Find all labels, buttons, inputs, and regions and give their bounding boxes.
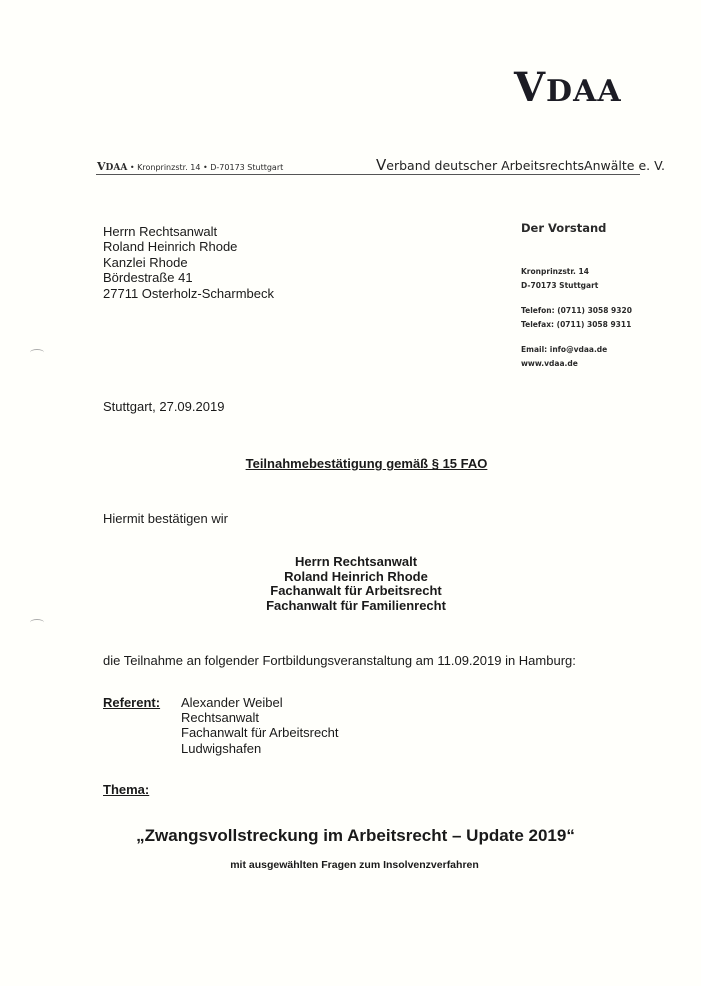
sender-org-abbr: VDAA	[97, 163, 127, 173]
participant-line: Fachanwalt für Arbeitsrecht	[206, 584, 506, 599]
subject-text: Teilnahmebestätigung gemäß § 15 FAO	[246, 456, 488, 471]
participant-block: Herrn Rechtsanwalt Roland Heinrich Rhode…	[206, 555, 506, 613]
referent-line: Rechtsanwalt	[181, 710, 339, 725]
address-line: Herrn Rechtsanwalt	[103, 224, 274, 239]
thema-label: Thema:	[103, 782, 149, 797]
topic-title-text: „Zwangsvollstreckung im Arbeitsrecht – U…	[136, 826, 575, 845]
org-name-initial: V	[376, 156, 386, 174]
contact-sidebar: Der Vorstand Kronprinzstr. 14 D-70173 St…	[521, 221, 632, 370]
logo-rest: DAA	[546, 74, 622, 109]
address-line: Bördestraße 41	[103, 270, 274, 285]
topic-subtitle: mit ausgewählten Fragen zum Insolvenzver…	[0, 859, 701, 871]
address-line: 27711 Osterholz-Scharmbeck	[103, 286, 274, 301]
referent-label: Referent:	[103, 695, 160, 710]
intro-text: Hiermit bestätigen wir	[103, 511, 228, 526]
punch-hole-mark	[30, 349, 44, 356]
sidebar-city: D-70173 Stuttgart	[521, 279, 632, 293]
sender-address: • Kronprinzstr. 14 • D-70173 Stuttgart	[127, 163, 283, 172]
address-line: Kanzlei Rhode	[103, 255, 274, 270]
sender-line: VDAA • Kronprinzstr. 14 • D-70173 Stuttg…	[97, 160, 283, 173]
sender-org-rest: DAA	[106, 163, 128, 173]
organization-name: Verband deutscher ArbeitsrechtsAnwälte e…	[376, 156, 665, 174]
punch-hole-mark	[30, 619, 44, 626]
address-line: Roland Heinrich Rhode	[103, 239, 274, 254]
participant-line: Fachanwalt für Familienrecht	[206, 599, 506, 614]
org-name-rest: erband deutscher ArbeitsrechtsAnwälte e.…	[386, 158, 665, 173]
referent-details: Alexander Weibel Rechtsanwalt Fachanwalt…	[181, 695, 339, 756]
topic-title: „Zwangsvollstreckung im Arbeitsrecht – U…	[0, 826, 701, 846]
participant-line: Herrn Rechtsanwalt	[206, 555, 506, 570]
logo-initial: V	[514, 64, 546, 111]
referent-line: Alexander Weibel	[181, 695, 339, 710]
sidebar-fax: Telefax: (0711) 3058 9311	[521, 318, 632, 332]
sidebar-website: www.vdaa.de	[521, 357, 632, 371]
recipient-address: Herrn Rechtsanwalt Roland Heinrich Rhode…	[103, 224, 274, 301]
referent-line: Fachanwalt für Arbeitsrecht	[181, 725, 339, 740]
participation-text: die Teilnahme an folgender Fortbildungsv…	[103, 653, 576, 668]
sidebar-email: Email: info@vdaa.de	[521, 343, 632, 357]
subject-line: Teilnahmebestätigung gemäß § 15 FAO	[0, 456, 701, 471]
header-divider	[96, 174, 640, 175]
sidebar-title: Der Vorstand	[521, 221, 632, 235]
participant-line: Roland Heinrich Rhode	[206, 570, 506, 585]
referent-line: Ludwigshafen	[181, 741, 339, 756]
sender-org-initial: V	[97, 160, 106, 173]
vdaa-logo: VDAA	[514, 64, 622, 111]
topic-subtitle-text: mit ausgewählten Fragen zum Insolvenzver…	[230, 859, 479, 871]
sidebar-street: Kronprinzstr. 14	[521, 265, 632, 279]
letter-date: Stuttgart, 27.09.2019	[103, 399, 224, 414]
sidebar-phone: Telefon: (0711) 3058 9320	[521, 304, 632, 318]
